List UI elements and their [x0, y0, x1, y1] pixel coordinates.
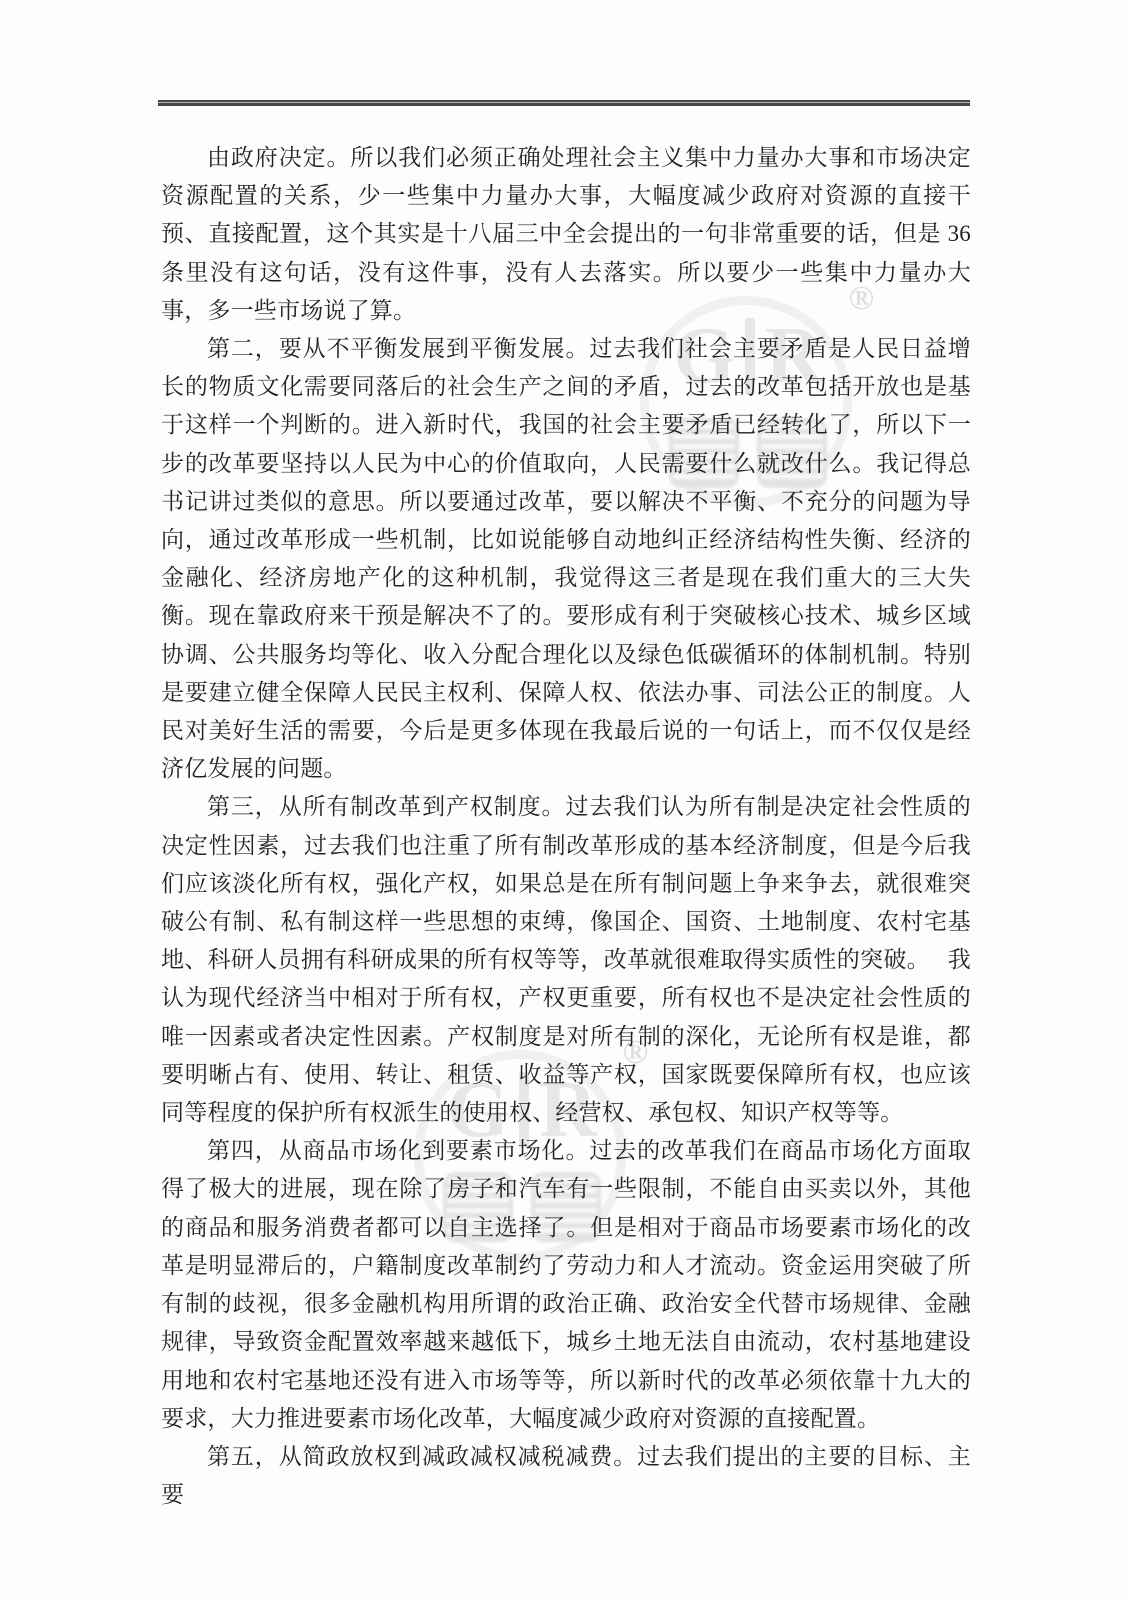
paragraph-4: 第四，从商品市场化到要素市场化。过去的改革我们在商品市场化方面取得了极大的进展，…: [161, 1132, 971, 1438]
scanned-document-page: ® G R ® G R 由政府决定。所以我们必须正确处理社会主义集中力量办大事和…: [0, 0, 1131, 1600]
paragraph-3: 第三，从所有制改革到产权制度。过去我们认为所有制是决定社会性质的决定性因素，过去…: [161, 788, 971, 1132]
paragraph-1: 由政府决定。所以我们必须正确处理社会主义集中力量办大事和市场决定资源配置的关系，…: [161, 139, 971, 330]
header-rule: [158, 100, 970, 106]
document-body: 由政府决定。所以我们必须正确处理社会主义集中力量办大事和市场决定资源配置的关系，…: [161, 139, 971, 1514]
paragraph-2: 第二，要从不平衡发展到平衡发展。过去我们社会主要矛盾是人民日益增长的物质文化需要…: [161, 330, 971, 788]
paragraph-5: 第五，从简政放权到减政减权减税减费。过去我们提出的主要的目标、主要: [161, 1438, 971, 1514]
